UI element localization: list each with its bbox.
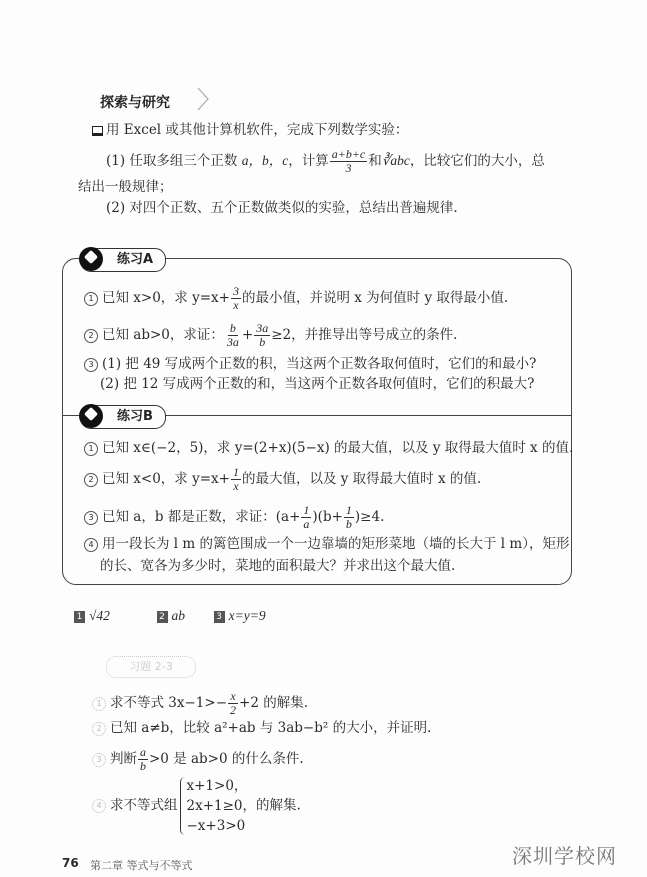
section-title-explore: 探索与研究 [100,92,170,112]
computer-icon [92,126,103,136]
practice-a-item-2: 2已知 ab>0，求证：b3a+3ab≥2，并推导出等号成立的条件. [84,322,457,349]
practice-b-tab: 练习B [80,405,166,429]
chapter-title: 第二章 等式与不等式 [90,857,193,873]
answer-1: 1√42 [74,608,110,624]
review-section-label: 习题 2-3 [106,656,196,678]
practice-b-item-4-line-2: 的长、宽各为多少时，菜地的面积最大？并求出这个最大值. [100,556,455,576]
review-item-1: 1求不等式 3x−1>−x2+2 的解集. [92,690,308,717]
page-number: 76 [62,856,79,870]
fraction: a+b+c3 [330,148,368,175]
explore-intro: 用 Excel 或其他计算机软件，完成下列数学实验： [92,120,408,140]
answers-row: 1√42 2ab 3x=y=9 [74,606,266,626]
explore-item-1: (1) 任取多组三个正数 a，b，c，计算a+b+c3和∛abc，比较它们的大小… [106,148,545,175]
brace [180,777,185,835]
explore-item-2: (2) 对四个正数、五个正数做类似的实验，总结出普遍规律. [106,198,458,218]
practice-a-item-3-line-2: (2) 把 12 写成两个正数的和，当这两个正数各取何值时，它们的积最大? [100,374,534,394]
answer-2: 2ab [157,608,186,624]
pencil-diamond-icon [79,404,103,428]
review-item-2: 2已知 a≠b，比较 a²+ab 与 3ab−b² 的大小，并证明. [92,718,431,738]
practice-a-item-3: 3(1) 把 49 写成两个正数的积，当这两个正数各取何值时，它们的和最小? [84,354,536,374]
explore-item-1-continued: 结出一般规律； [78,177,173,197]
pencil-diamond-icon [79,247,103,271]
review-item-3: 3判断ab>0 是 ab>0 的什么条件. [92,746,304,773]
review-item-4: 4求不等式组x+1>0，2x+1≥0，−x+3>0的解集. [92,776,301,836]
watermark: 深圳学校网 [512,840,617,869]
practice-b-item-3: 3已知 a，b 都是正数，求证：(a+1a)(b+1b)≥4. [84,504,384,531]
practice-b-item-1: 1已知 x∈(−2，5)，求 y=(2+x)(5−x) 的最大值，以及 y 取得… [84,438,573,458]
practice-a-item-1: 1已知 x>0，求 y=x+3x的最小值，并说明 x 为何值时 y 取得最小值. [84,285,508,312]
practice-b-item-4: 4用一段长为 l m 的篱笆围成一个一边靠墙的矩形菜地（墙的长大于 l m），矩… [84,534,569,554]
practice-a-tab: 练习A [80,248,166,272]
chevron-right-icon [196,86,212,112]
answer-3: 3x=y=9 [214,608,266,624]
practice-b-item-2: 2已知 x<0，求 y=x+1x的最大值，以及 y 取得最大值时 x 的值. [84,466,481,493]
